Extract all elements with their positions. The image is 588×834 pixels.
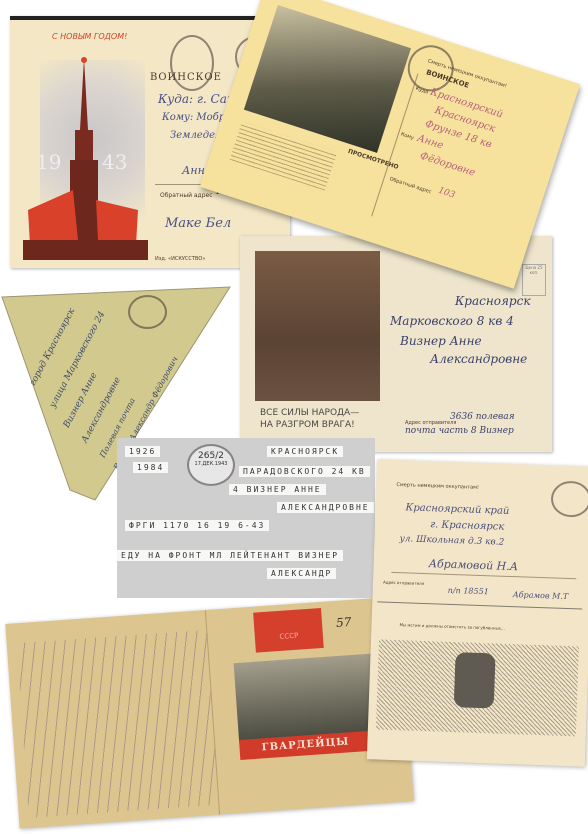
year-right: 43 xyxy=(102,150,127,174)
slogan-line2: НА РАЗГРОМ ВРАГА! xyxy=(260,420,355,430)
address-line: Александровне xyxy=(430,352,527,366)
address-line: Анне xyxy=(416,133,445,152)
stamp-date: 17.ДЕК.1943 xyxy=(189,461,233,467)
flag-text: СССР xyxy=(255,630,323,643)
slogan-header: Смерть немецким оккупантам! xyxy=(396,482,479,491)
return-address-label: Обратный адрес xyxy=(389,176,432,195)
return-address-label: Обратный адрес xyxy=(160,192,213,199)
telegram-code: 1984 xyxy=(133,462,168,473)
mark-number: 57 xyxy=(336,615,352,630)
address-line: ул. Школьная д.3 кв.2 xyxy=(399,534,504,548)
address-line: Абрамовой Н.А xyxy=(428,557,518,573)
signature: Маке Бел xyxy=(165,216,231,231)
stamp-number: 265/2 xyxy=(189,451,233,461)
caption: Мы мстим и должны отомстить за погубленн… xyxy=(399,622,504,631)
telegram-line: ЕДУ НА ФРОНТ МЛ ЛЕЙТЕНАНТ ВИЗНЕР xyxy=(117,550,343,561)
return-address-line: почта часть 8 Визнер xyxy=(405,426,514,436)
stamp-box: Цена 25 коп. xyxy=(522,264,546,296)
portrait-postcard: Смерть немецким оккупантам! Красноярский… xyxy=(367,459,588,766)
telegram-line: 4 ВИЗНЕР АННЕ xyxy=(229,484,326,495)
telegram: 1926 1984 265/2 17.ДЕК.1943 КРАСНОЯРСК П… xyxy=(117,438,375,598)
address-line: Визнер Анне xyxy=(400,334,482,348)
portrait-medallion xyxy=(454,652,496,708)
address-line: Фёдоровне xyxy=(418,151,476,179)
telegraph-stamp: 265/2 17.ДЕК.1943 xyxy=(187,444,235,486)
address-line: Красноярск xyxy=(455,294,531,308)
address-line: г. Красноярск xyxy=(430,519,505,533)
guardsmen-letter: СССР 57 ГВАРДЕЙЦЫ xyxy=(5,596,413,828)
telegram-line: ФРГИ 1170 16 19 6-43 xyxy=(125,520,269,531)
address-line: Кому: Мобр xyxy=(162,112,225,123)
red-flag: СССР xyxy=(253,608,324,653)
publisher-footer: Изд. «ИСКУССТВО» xyxy=(155,256,205,262)
soldiers-illustration xyxy=(234,653,389,743)
year-left: 19 xyxy=(36,150,61,174)
return-address-value: 103 xyxy=(437,186,456,201)
greeting-text: С НОВЫМ ГОДОМ! xyxy=(52,32,127,41)
handwritten-text xyxy=(17,630,219,818)
fold-line xyxy=(377,601,582,609)
workers-illustration xyxy=(255,251,380,401)
telegram-line: АЛЕКСАНДР xyxy=(267,568,336,579)
telegram-line: ПАРАДОВСКОГО 24 КВ xyxy=(239,466,370,477)
rule xyxy=(391,572,576,579)
slogan-line1: ВСЕ СИЛЫ НАРОДА— xyxy=(260,408,359,418)
return-address-label: Адрес отправителя xyxy=(383,580,424,586)
whom-label: Кому xyxy=(400,131,415,141)
address-line: Марковского 8 кв 4 xyxy=(390,314,514,328)
address-line: Красноярский край xyxy=(405,502,509,517)
postmark xyxy=(550,480,588,517)
telegram-code: 1926 xyxy=(125,446,160,457)
postmark xyxy=(170,35,214,91)
field-post: п/п 18551 xyxy=(448,586,489,596)
telegram-line: КРАСНОЯРСК xyxy=(267,446,343,457)
return-address-line: 3636 полевая xyxy=(450,412,515,422)
telegram-line: АЛЕКСАНДРОВНЕ xyxy=(277,502,374,513)
sender-name: Абрамов М.Т xyxy=(513,590,569,601)
postmark xyxy=(128,295,167,329)
